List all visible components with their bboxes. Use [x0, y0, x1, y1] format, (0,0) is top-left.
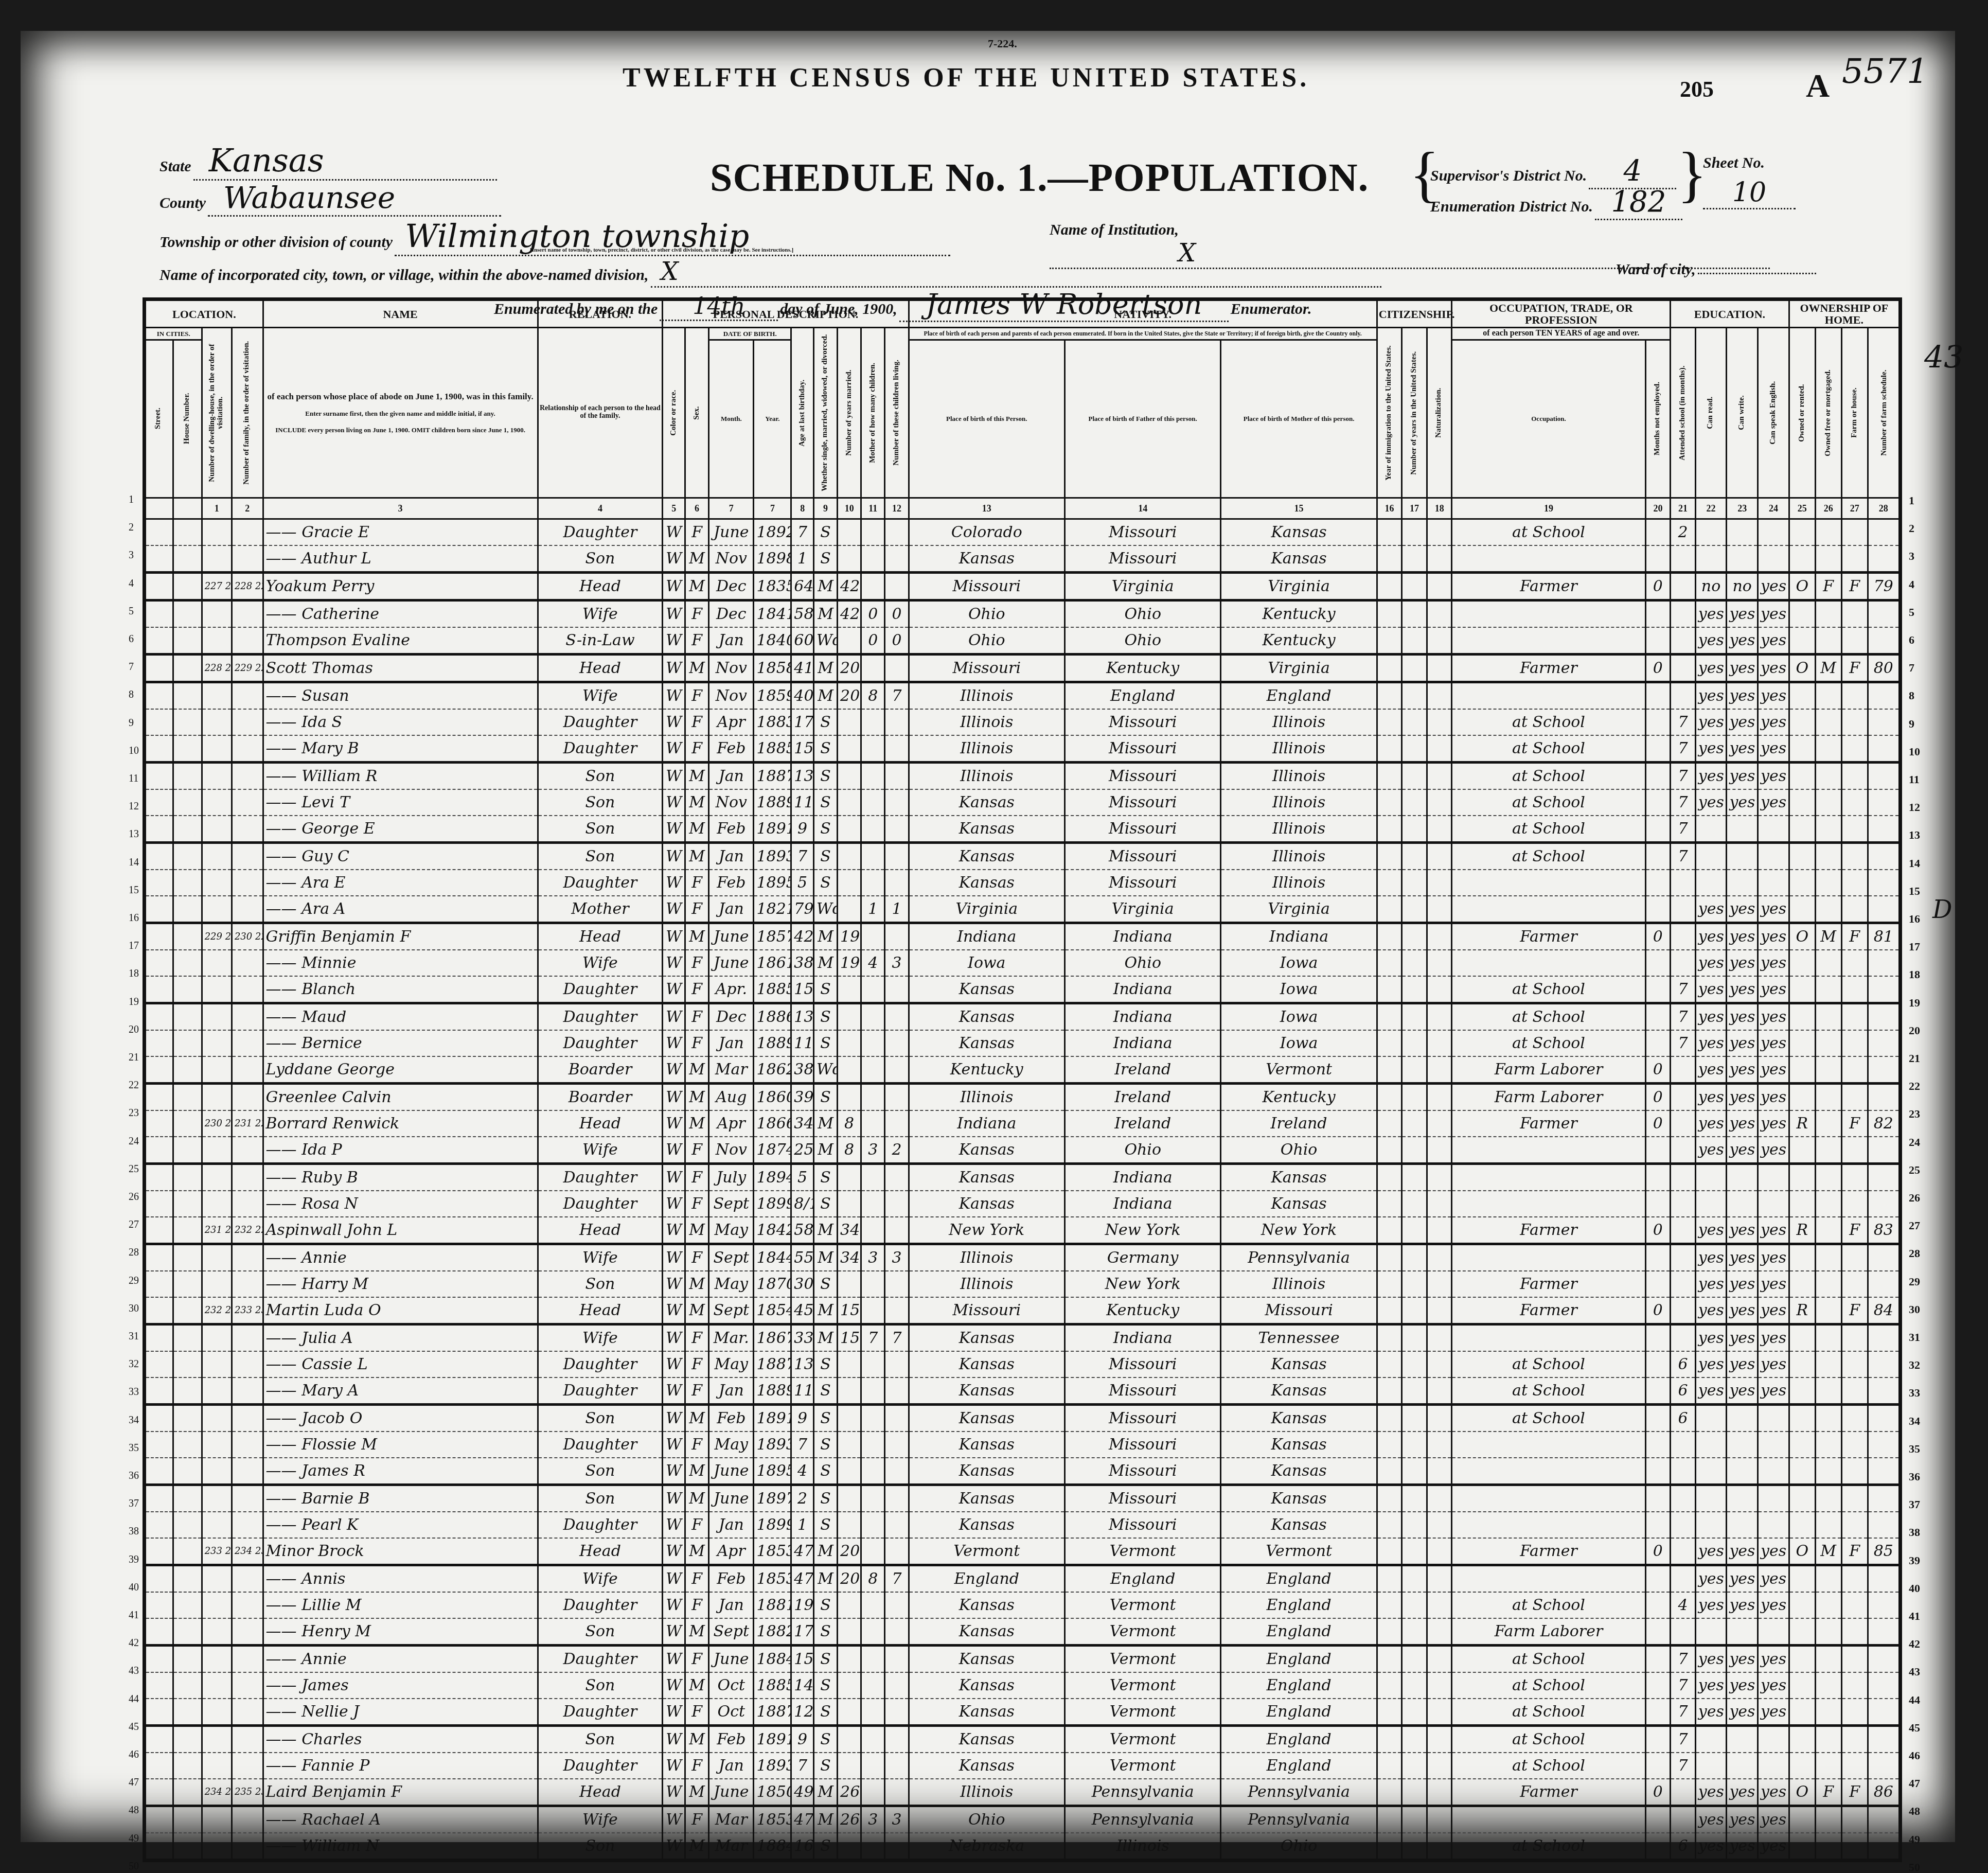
cell-yrs: 8	[838, 1110, 861, 1137]
cell-dw	[202, 1753, 232, 1779]
cell-pob: Kansas	[909, 1592, 1064, 1618]
cell-eng	[1758, 1404, 1789, 1432]
cell-nat	[1427, 1083, 1452, 1110]
cell-own: R	[1789, 1110, 1815, 1137]
cell-h	[173, 1217, 202, 1244]
cell-occ: at School	[1452, 976, 1645, 1003]
line-number-left: 48	[129, 1805, 139, 1816]
cell-h	[173, 709, 202, 735]
cell-fpob: Missouri	[1064, 1512, 1220, 1538]
cell-sched	[1868, 519, 1900, 545]
cell-h	[173, 1833, 202, 1861]
cell-mpob: Kentucky	[1221, 627, 1377, 655]
line-number: 23	[1909, 1107, 1920, 1121]
cell-occ: at School	[1452, 1030, 1645, 1056]
cell-sch	[1671, 682, 1696, 709]
line-number-left: 40	[129, 1582, 139, 1594]
cell-fam	[232, 1324, 263, 1351]
cell-mort	[1815, 1217, 1841, 1244]
cell-read	[1695, 519, 1727, 545]
cell-rel: Head	[538, 1297, 663, 1324]
cell-fpob: Virginia	[1064, 572, 1220, 600]
cell-liv	[885, 976, 909, 1003]
cell-eng	[1758, 870, 1789, 896]
cell-age: 1	[791, 1512, 814, 1538]
cell-rel: Daughter	[538, 1377, 663, 1405]
cell-name: —— Levi T	[263, 789, 538, 816]
cell-sex: F	[685, 1806, 709, 1833]
cell-name: Scott Thomas	[263, 654, 538, 682]
cell-yus	[1402, 1324, 1427, 1351]
cell-month: Jan	[709, 627, 754, 655]
cell-imm	[1377, 1618, 1402, 1646]
cell-farm	[1841, 1377, 1868, 1405]
column-number: 23	[1727, 498, 1758, 519]
cell-mort	[1815, 1485, 1841, 1512]
cell-year: 1892	[754, 519, 791, 545]
cell-age: 60	[791, 627, 814, 655]
cell-pob: Kansas	[909, 1618, 1064, 1646]
cell-mch: 0	[861, 600, 885, 627]
cell-sex: M	[685, 545, 709, 573]
col-family: Number of family, in the order of visita…	[232, 328, 263, 498]
cell-read: yes	[1695, 1565, 1727, 1592]
cell-h	[173, 1512, 202, 1538]
cell-nat	[1427, 923, 1452, 950]
line-number: 4	[1909, 578, 1914, 591]
cell-write: yes	[1727, 762, 1758, 789]
cell-fpob: Indiana	[1064, 1003, 1220, 1030]
line-number: 7	[1909, 661, 1914, 675]
cell-mpob: England	[1221, 682, 1377, 709]
cell-month: Feb	[709, 1725, 754, 1753]
cell-liv: 0	[885, 627, 909, 655]
line-number-left: 2	[129, 522, 134, 534]
cell-name: —— Flossie M	[263, 1432, 538, 1458]
cell-color: W	[663, 1645, 685, 1672]
cell-mne	[1645, 600, 1671, 627]
cell-occ: at School	[1452, 735, 1645, 763]
cell-dw: 230 227	[202, 1110, 232, 1137]
cell-year: 1887	[754, 1699, 791, 1726]
cell-mort	[1815, 1297, 1841, 1324]
cell-read: no	[1695, 572, 1727, 600]
cell-h	[173, 1271, 202, 1297]
cell-yus	[1402, 1083, 1427, 1110]
cell-own	[1789, 950, 1815, 976]
cell-mort: M	[1815, 1538, 1841, 1565]
cell-yus	[1402, 1592, 1427, 1618]
cell-age: 17	[791, 709, 814, 735]
cell-fpob: Kentucky	[1064, 654, 1220, 682]
cell-dw	[202, 1271, 232, 1297]
cell-nat	[1427, 1458, 1452, 1485]
cell-sch: 7	[1671, 709, 1696, 735]
cell-fpob: Vermont	[1064, 1645, 1220, 1672]
cell-s	[145, 896, 173, 923]
cell-color: W	[663, 1271, 685, 1297]
cell-farm	[1841, 1191, 1868, 1217]
cell-rel: Head	[538, 572, 663, 600]
cell-farm: F	[1841, 1538, 1868, 1565]
cell-year: 1850	[754, 1779, 791, 1806]
page-letter: A	[1806, 67, 1830, 105]
cell-occ	[1452, 1432, 1645, 1458]
cell-write	[1727, 1753, 1758, 1779]
cell-yus	[1402, 816, 1427, 843]
cell-sex: F	[685, 1030, 709, 1056]
cell-year: 1841	[754, 600, 791, 627]
cell-s	[145, 1645, 173, 1672]
cell-liv	[885, 1404, 909, 1432]
cell-liv	[885, 572, 909, 600]
county-field: County Wabaunsee	[159, 180, 520, 217]
cell-sched	[1868, 1699, 1900, 1726]
cell-sched	[1868, 1753, 1900, 1779]
cell-pob: Ohio	[909, 1806, 1064, 1833]
cell-eng	[1758, 1485, 1789, 1512]
cell-pob: Kansas	[909, 870, 1064, 896]
cell-nat	[1427, 816, 1452, 843]
table-row: —— Mary BDaughterWFFeb188515SIllinoisMis…	[145, 735, 1901, 763]
cell-imm	[1377, 1538, 1402, 1565]
line-number: 31	[1909, 1331, 1920, 1344]
cell-ms: S	[813, 1618, 837, 1646]
township-label: Township or other division of county	[159, 234, 393, 251]
table-row: Lyddane GeorgeBoarderWMMar186238WdKentuc…	[145, 1056, 1901, 1084]
cell-read: yes	[1695, 1592, 1727, 1618]
supervisor-value: 4	[1589, 154, 1676, 189]
cell-fam	[232, 1485, 263, 1512]
cell-pob: Illinois	[909, 682, 1064, 709]
cell-rel: Son	[538, 1833, 663, 1861]
cell-sex: M	[685, 1083, 709, 1110]
cell-fpob: Missouri	[1064, 1485, 1220, 1512]
cell-fpob: Ireland	[1064, 1110, 1220, 1137]
cell-write: yes	[1727, 976, 1758, 1003]
cell-year: 1859	[754, 682, 791, 709]
cell-month: May	[709, 1351, 754, 1377]
cell-sex: M	[685, 654, 709, 682]
cell-write: yes	[1727, 1806, 1758, 1833]
cell-mort	[1815, 1377, 1841, 1405]
cell-ms: M	[813, 1538, 837, 1565]
cell-s	[145, 1512, 173, 1538]
cell-liv	[885, 1753, 909, 1779]
cell-eng: yes	[1758, 1565, 1789, 1592]
cell-mne	[1645, 842, 1671, 870]
cell-occ: at School	[1452, 1003, 1645, 1030]
cell-s	[145, 1806, 173, 1833]
cell-color: W	[663, 1083, 685, 1110]
col-sex: Sex.	[685, 328, 709, 498]
cell-name: —— Gracie E	[263, 519, 538, 545]
cell-ms: S	[813, 1030, 837, 1056]
cell-name: —— Ara A	[263, 896, 538, 923]
cell-fam	[232, 1458, 263, 1485]
cell-own	[1789, 1699, 1815, 1726]
cell-mort	[1815, 1432, 1841, 1458]
cell-write	[1727, 1725, 1758, 1753]
cell-fam	[232, 1725, 263, 1753]
cell-fam: 232 229	[232, 1217, 263, 1244]
cell-name: Laird Benjamin F	[263, 1779, 538, 1806]
cell-dw	[202, 1565, 232, 1592]
cell-farm	[1841, 1458, 1868, 1485]
line-number-left: 41	[129, 1610, 139, 1621]
cell-yus	[1402, 1699, 1427, 1726]
line-number: 48	[1909, 1805, 1920, 1818]
cell-fam	[232, 627, 263, 655]
cell-rel: Head	[538, 1110, 663, 1137]
cell-sch	[1671, 1538, 1696, 1565]
cell-own	[1789, 1083, 1815, 1110]
cell-sex: M	[685, 1779, 709, 1806]
cell-color: W	[663, 1512, 685, 1538]
cell-occ: Farmer	[1452, 1110, 1645, 1137]
cell-fpob: Missouri	[1064, 735, 1220, 763]
cell-mch	[861, 1163, 885, 1191]
cell-nat	[1427, 545, 1452, 573]
col-farm-schedule: Number of farm schedule.	[1868, 328, 1900, 498]
cell-yrs	[838, 1725, 861, 1753]
cell-ms: S	[813, 1351, 837, 1377]
cell-occ: Farm Laborer	[1452, 1056, 1645, 1084]
cell-imm	[1377, 1163, 1402, 1191]
cell-fpob: Indiana	[1064, 976, 1220, 1003]
cell-yrs: 26	[838, 1806, 861, 1833]
cell-ms: M	[813, 923, 837, 950]
cell-fam: 230 227	[232, 923, 263, 950]
cell-age: 64	[791, 572, 814, 600]
cell-sched	[1868, 627, 1900, 655]
cell-eng: yes	[1758, 654, 1789, 682]
cell-s	[145, 1003, 173, 1030]
cell-farm	[1841, 896, 1868, 923]
cell-dw	[202, 735, 232, 763]
table-row: 228 225229 226Scott ThomasHeadWMNov18584…	[145, 654, 1901, 682]
line-number: 6	[1909, 633, 1914, 647]
cell-mort	[1815, 519, 1841, 545]
line-number-left: 50	[129, 1861, 139, 1872]
cell-name: —— George E	[263, 816, 538, 843]
cell-mpob: Pennsylvania	[1221, 1244, 1377, 1271]
cell-nat	[1427, 762, 1452, 789]
table-row: —— Flossie MDaughterWFMay18937SKansasMis…	[145, 1432, 1901, 1458]
cell-ms: S	[813, 1833, 837, 1861]
cell-h	[173, 1324, 202, 1351]
cell-sex: M	[685, 572, 709, 600]
cell-mne	[1645, 1485, 1671, 1512]
cell-fpob: Ireland	[1064, 1083, 1220, 1110]
cell-sch: 6	[1671, 1377, 1696, 1405]
cell-farm	[1841, 1565, 1868, 1592]
cell-write: yes	[1727, 600, 1758, 627]
cell-read: yes	[1695, 950, 1727, 976]
cell-mort	[1815, 1083, 1841, 1110]
cell-sex: F	[685, 1699, 709, 1726]
cell-ms: M	[813, 950, 837, 976]
line-number-left: 11	[129, 773, 138, 785]
cell-eng: yes	[1758, 1271, 1789, 1297]
cell-yus	[1402, 1217, 1427, 1244]
cell-yus	[1402, 682, 1427, 709]
cell-yrs: 19	[838, 950, 861, 976]
cell-eng	[1758, 1753, 1789, 1779]
line-number-left: 33	[129, 1386, 139, 1398]
cell-sched: 86	[1868, 1779, 1900, 1806]
cell-mne	[1645, 789, 1671, 816]
cell-pob: Missouri	[909, 572, 1064, 600]
cell-mort	[1815, 600, 1841, 627]
cell-pob: Kansas	[909, 1753, 1064, 1779]
cell-farm	[1841, 1163, 1868, 1191]
cell-nat	[1427, 1030, 1452, 1056]
line-number: 21	[1909, 1052, 1920, 1065]
cell-pob: Kansas	[909, 1699, 1064, 1726]
cell-mne	[1645, 976, 1671, 1003]
cell-nat	[1427, 896, 1452, 923]
cell-farm	[1841, 1645, 1868, 1672]
cell-mne	[1645, 1458, 1671, 1485]
cell-year: 1840	[754, 627, 791, 655]
cell-name: —— Ara E	[263, 870, 538, 896]
institution-label: Name of Institution,	[1050, 221, 1179, 238]
cell-mort	[1815, 1833, 1841, 1861]
cell-eng: yes	[1758, 627, 1789, 655]
cell-mne	[1645, 1163, 1671, 1191]
cell-month: Nov	[709, 654, 754, 682]
col-can-write: Can write.	[1727, 328, 1758, 498]
cell-ms: M	[813, 1297, 837, 1324]
cell-sch: 2	[1671, 519, 1696, 545]
cell-month: Apr	[709, 1538, 754, 1565]
cell-yus	[1402, 1432, 1427, 1458]
table-row: —— William RSonWMJan188713SIllinoisMisso…	[145, 762, 1901, 789]
cell-liv: 1	[885, 896, 909, 923]
cell-sex: F	[685, 1377, 709, 1405]
line-number-left: 47	[129, 1777, 139, 1789]
cell-occ: Farmer	[1452, 1779, 1645, 1806]
cell-fam	[232, 709, 263, 735]
line-number-left: 12	[129, 801, 139, 812]
table-row: —— James RSonWMJune18954SKansasMissouriK…	[145, 1458, 1901, 1485]
cell-imm	[1377, 1083, 1402, 1110]
cell-ms: S	[813, 1592, 837, 1618]
cell-sch	[1671, 1565, 1696, 1592]
cell-yrs: 26	[838, 1779, 861, 1806]
cell-pob: Kansas	[909, 1324, 1064, 1351]
cell-dw	[202, 682, 232, 709]
cell-occ: at School	[1452, 1351, 1645, 1377]
cell-liv	[885, 1538, 909, 1565]
cell-own	[1789, 735, 1815, 763]
cell-month: Jan	[709, 762, 754, 789]
cell-year: 1821	[754, 896, 791, 923]
cell-own	[1789, 627, 1815, 655]
cell-farm: F	[1841, 572, 1868, 600]
cell-occ: Farmer	[1452, 1217, 1645, 1244]
cell-name: —— Catherine	[263, 600, 538, 627]
line-number: 15	[1909, 885, 1920, 898]
table-row: —— Pearl KDaughterWFJan18991SKansasMisso…	[145, 1512, 1901, 1538]
cell-occ: Farmer	[1452, 1297, 1645, 1324]
cell-dw	[202, 1432, 232, 1458]
cell-nat	[1427, 1191, 1452, 1217]
cell-ms: S	[813, 976, 837, 1003]
cell-yus	[1402, 519, 1427, 545]
line-number-left: 9	[129, 717, 134, 729]
city-label: Name of incorporated city, town, or vill…	[159, 267, 649, 284]
cell-read: yes	[1695, 1351, 1727, 1377]
cell-rel: Daughter	[538, 870, 663, 896]
cell-color: W	[663, 789, 685, 816]
cell-occ	[1452, 545, 1645, 573]
cell-mpob: Kansas	[1221, 1432, 1377, 1458]
line-number-left: 19	[129, 996, 139, 1008]
cell-farm: F	[1841, 1110, 1868, 1137]
cell-dw	[202, 627, 232, 655]
cell-rel: Wife	[538, 600, 663, 627]
cell-rel: Son	[538, 762, 663, 789]
cell-eng	[1758, 519, 1789, 545]
cell-fam	[232, 842, 263, 870]
cell-name: —— Bernice	[263, 1030, 538, 1056]
cell-age: 58	[791, 1217, 814, 1244]
cell-ms: Wd	[813, 896, 837, 923]
table-row: —— AnnieWifeWFSept184455M3433IllinoisGer…	[145, 1244, 1901, 1271]
cell-month: Dec	[709, 600, 754, 627]
cell-rel: Daughter	[538, 1351, 663, 1377]
cell-liv	[885, 1592, 909, 1618]
cell-mch	[861, 1618, 885, 1646]
cell-occ: at School	[1452, 1672, 1645, 1699]
line-number-left: 13	[129, 828, 139, 840]
cell-write	[1727, 842, 1758, 870]
cell-imm	[1377, 1672, 1402, 1699]
cell-yrs	[838, 1645, 861, 1672]
cell-nat	[1427, 1217, 1452, 1244]
cell-fam	[232, 950, 263, 976]
table-row: —— Ida PWifeWFNov187425M832KansasOhioOhi…	[145, 1137, 1901, 1164]
cell-fpob: Vermont	[1064, 1753, 1220, 1779]
cell-h	[173, 950, 202, 976]
cell-read: yes	[1695, 1110, 1727, 1137]
cell-age: 47	[791, 1806, 814, 1833]
cell-nat	[1427, 1110, 1452, 1137]
cell-sched	[1868, 976, 1900, 1003]
cell-name: Greenlee Calvin	[263, 1083, 538, 1110]
cell-occ: at School	[1452, 1645, 1645, 1672]
cell-write: yes	[1727, 1271, 1758, 1297]
cell-occ: at School	[1452, 1404, 1645, 1432]
cell-sex: M	[685, 762, 709, 789]
cell-h	[173, 1618, 202, 1646]
cell-sched	[1868, 950, 1900, 976]
cell-own	[1789, 682, 1815, 709]
cell-ms: S	[813, 735, 837, 763]
cell-sch	[1671, 545, 1696, 573]
cell-ms: S	[813, 1404, 837, 1432]
cell-mch	[861, 1110, 885, 1137]
cell-name: —— Ida S	[263, 709, 538, 735]
cell-occ	[1452, 870, 1645, 896]
cell-imm	[1377, 1351, 1402, 1377]
cell-liv: 7	[885, 682, 909, 709]
cell-eng: yes	[1758, 976, 1789, 1003]
cell-write	[1727, 1191, 1758, 1217]
cell-mpob: Kansas	[1221, 1163, 1377, 1191]
